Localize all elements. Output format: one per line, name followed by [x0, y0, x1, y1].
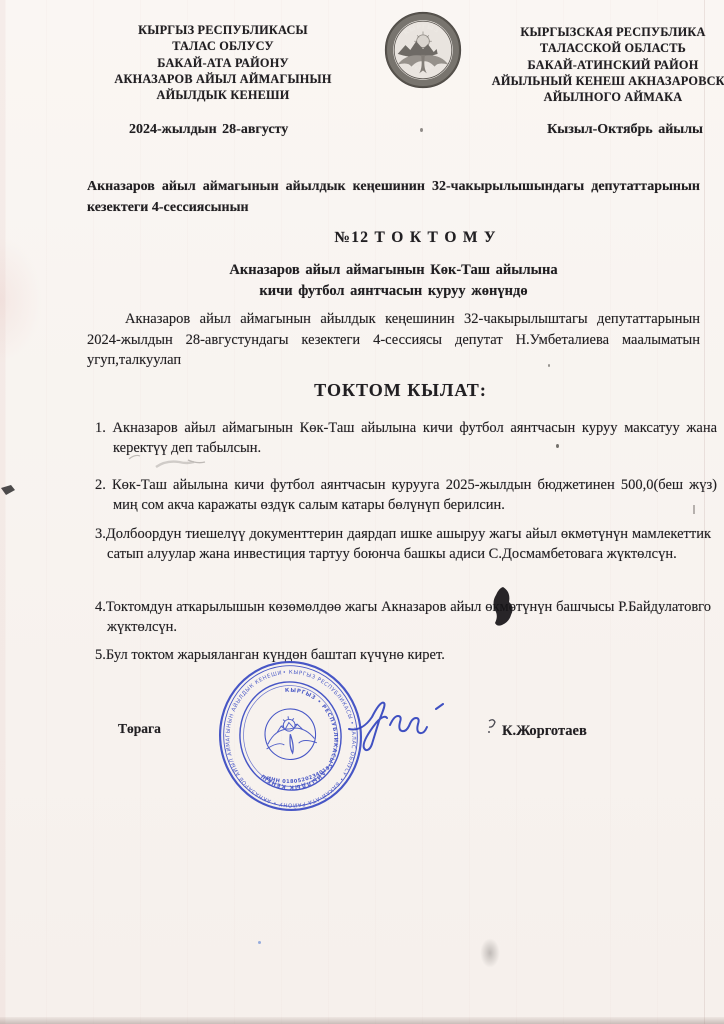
scanned-decree-page: { "doc": { "header_left": { "lines": [ "… — [0, 0, 724, 1024]
header-left-line: АКНАЗАРОВ АЙЫЛ АЙМАГЫНЫН — [88, 71, 358, 87]
header-left-line: АЙЫЛДЫК КЕНЕШИ — [88, 87, 358, 103]
subject-line: Акназаров айыл аймагынын Көк-Таш айылына — [87, 260, 700, 281]
pencil-smudge-artifact — [126, 450, 218, 476]
document-date: 2024-жылдын 28-августу — [129, 122, 288, 138]
item-text: Долбоордун тиешелүү документтерин даярда… — [106, 526, 711, 562]
item-number: 5. — [95, 647, 106, 663]
item-number: 2. — [95, 477, 112, 493]
bottom-smudge-artifact — [480, 938, 500, 968]
dust-speck — [258, 941, 261, 944]
dateline: 2024-жылдын 28-августу Кызыл-Октябрь айы… — [87, 122, 703, 138]
decree-item: 3.Долбоордун тиешелүү документтерин даяр… — [95, 524, 711, 564]
stamp-inner-ring-text: КЫРГЫЗ • РЕСПУБЛИКАСЫ • АЙЫЛДЫК КЕНЕШ — [250, 682, 345, 793]
item-number: 1. — [95, 420, 113, 436]
dust-speck — [693, 505, 695, 514]
header-right-line: БАКАЙ-АТИНСКИЙ РАЙОН — [458, 57, 724, 73]
decree-item: 5.Бул токтом жарыяланган күндөн баштап к… — [95, 645, 711, 665]
session-intro: Акназаров айыл аймагынын айылдык кеңешин… — [87, 176, 700, 218]
header-left-block: КЫРГЫЗ РЕСПУБЛИКАСЫ ТАЛАС ОБЛУСУ БАКАЙ-А… — [88, 22, 358, 103]
header-right-line: ТАЛАССКОЙ ОБЛАСТЬ — [458, 40, 724, 56]
scan-edge-line — [704, 0, 705, 1024]
margin-smudge-artifact — [0, 480, 20, 500]
document-place: Кызыл-Октябрь айылы — [547, 122, 703, 138]
header-left-line: КЫРГЫЗ РЕСПУБЛИКАСЫ — [88, 22, 358, 38]
item-text: Көк-Таш айылына кичи футбол аянтчасын ку… — [112, 477, 717, 513]
ink-blot-artifact — [491, 585, 515, 627]
preamble: Акназаров айыл аймагынын айылдык кеңешин… — [87, 309, 700, 371]
decree-item: 4.Токтомдун аткарылышын көзөмөлдөө жагы … — [95, 597, 711, 637]
decree-item: 2. Көк-Таш айылына кичи футбол аянтчасын… — [95, 475, 717, 515]
decree-number: №12 Т О К Т О М У — [109, 229, 722, 247]
item-text: Токтомдун аткарылышын көзөмөлдөө жагы Ак… — [106, 599, 711, 635]
dust-speck — [420, 128, 423, 132]
header-left-line: ТАЛАС ОБЛУСУ — [88, 38, 358, 54]
header-left-line: БАКАЙ-АТА РАЙОНУ — [88, 55, 358, 71]
header-right-line: АЙЫЛНОГО АЙМАКА — [458, 89, 724, 105]
header-right-block: КЫРГЫЗСКАЯ РЕСПУБЛИКА ТАЛАССКОЙ ОБЛАСТЬ … — [458, 24, 724, 105]
stray-pen-mark — [486, 717, 498, 735]
item-number: 3. — [95, 526, 106, 542]
item-number: 4. — [95, 599, 106, 615]
signer-role: Төрага — [118, 721, 161, 737]
header-right-line: АЙЫЛЬНЫЙ КЕНЕШ АКНАЗАРОВСКО — [458, 73, 724, 89]
svg-text:КЫРГЫЗ • РЕСПУБЛИКАСЫ • АЙ: КЫРГЫЗ • РЕСПУБЛИКАСЫ • АЙЫЛДЫК КЕНЕШ — [250, 682, 345, 793]
state-emblem-icon: КЫРГЫЗ РЕСПУБЛИКАСЫ — [384, 11, 462, 89]
subject-line: кичи футбол аянтчасын куруу жөнүндө — [87, 281, 700, 302]
scan-bottom-edge — [0, 1017, 724, 1024]
decree-subject: Акназаров айыл аймагынын Көк-Таш айылына… — [87, 260, 700, 302]
resolution-heading: ТОКТОМ КЫЛАТ: — [94, 380, 707, 401]
header-right-line: КЫРГЫЗСКАЯ РЕСПУБЛИКА — [458, 24, 724, 40]
dust-speck — [548, 364, 550, 367]
handwritten-signature — [348, 697, 450, 759]
signer-name: К.Жорготаев — [502, 723, 587, 740]
dust-speck — [556, 444, 559, 448]
